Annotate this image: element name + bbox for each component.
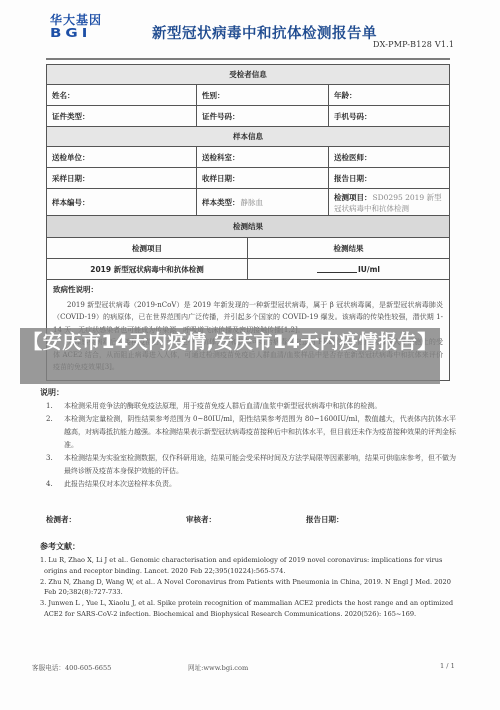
section-subject-info: 受检者信息 xyxy=(47,65,449,85)
tester-label: 检测者： xyxy=(46,514,76,525)
header-divider xyxy=(46,58,450,60)
reference-item: 3. Junwen L , Yue L, Xiaolu J, et al. Sp… xyxy=(40,598,458,620)
table-row: 送检单位： 送检科室： 送检医师： xyxy=(47,147,449,168)
field-sample-type: 样本类型：静脉血 xyxy=(197,189,329,215)
result-unit: IU/ml xyxy=(358,265,380,274)
references-title: 参考文献： xyxy=(40,541,80,552)
field-submitting-unit: 送检单位： xyxy=(47,147,197,167)
field-sample-number: 样本编号： xyxy=(47,189,197,215)
column-header-item: 检测项目 xyxy=(47,238,248,258)
note-item: 2.本检测为定量检测，阴性结果参考范围为 0~80IU/ml，阳性结果参考范围为… xyxy=(46,413,456,452)
page-number: 1 / 1 xyxy=(440,662,455,670)
result-value: IU/ml xyxy=(248,259,449,279)
note-item: 1.本检测采用竞争法的酶联免疫法原理，用于疫苗免疫人群后血清/血浆中新型冠状病毒… xyxy=(46,400,456,413)
hotline: 客服电话：400-605-6655 xyxy=(32,662,111,672)
field-id-number: 证件号码： xyxy=(197,106,329,126)
field-gender: 性别： xyxy=(197,85,329,105)
table-row: 采样日期： 收样日期： 报告日期： xyxy=(47,168,449,189)
overlay-banner: 【安庆市14天内疫情,安庆市14天内疫情报告】 xyxy=(20,328,440,384)
result-item: 2019 新型冠状病毒中和抗体检测 xyxy=(47,259,248,279)
field-received-date: 收样日期： xyxy=(197,168,329,188)
document-code: DX-PMP-B128 V1.1 xyxy=(373,40,454,49)
field-test-item: 检测项目：SD0295 2019 新型冠状病毒中和抗体检测 xyxy=(329,189,449,215)
bgi-logo: 华大基因 BGI xyxy=(50,14,110,42)
table-row: 样本编号： 样本类型：静脉血 检测项目：SD0295 2019 新型冠状病毒中和… xyxy=(47,189,449,216)
table-row: 证件类型： 证件号码： 手机号码： xyxy=(47,106,449,127)
field-age: 年龄： xyxy=(329,85,449,105)
field-id-type: 证件类型： xyxy=(47,106,197,126)
note-item: 4.此报告结果仅对本次送检样本负责。 xyxy=(46,478,456,491)
field-department: 送检科室： xyxy=(197,147,329,167)
reviewer-label: 审核者： xyxy=(186,514,216,525)
note-item: 3.本检测结果为实验室检测数据，仅作科研用途，结果可能会受采样时间及方法学局限等… xyxy=(46,452,456,478)
table-row: 姓名： 性别： 年龄： xyxy=(47,85,449,106)
field-phone: 手机号码： xyxy=(329,106,449,126)
sample-type-value: 静脉血 xyxy=(241,197,264,208)
field-collection-date: 采样日期： xyxy=(47,168,197,188)
field-report-date: 报告日期： xyxy=(329,168,449,188)
website-link[interactable]: 网址:www.bgi.com xyxy=(188,662,248,672)
document-title: 新型冠状病毒中和抗体检测报告单 xyxy=(152,22,377,43)
section-test-results: 检测结果 xyxy=(47,216,449,238)
overlay-title: 【安庆市14天内疫情,安庆市14天内疫情报告】 xyxy=(20,330,440,355)
report-page: 华大基因 BGI 新型冠状病毒中和抗体检测报告单 DX-PMP-B128 V1.… xyxy=(0,0,500,710)
result-blank xyxy=(317,265,357,273)
references-list: 1. Lu R, Zhao X, Li J et al.. Genomic ch… xyxy=(40,555,458,620)
reference-item: 1. Lu R, Zhao X, Li J et al.. Genomic ch… xyxy=(40,555,458,577)
result-header-row: 检测项目 检测结果 xyxy=(47,238,449,259)
logo-english: BGI xyxy=(50,27,110,40)
notes-list: 1.本检测采用竞争法的酶联免疫法原理，用于疫苗免疫人群后血清/血浆中新型冠状病毒… xyxy=(46,400,456,491)
result-row: 2019 新型冠状病毒中和抗体检测 IU/ml xyxy=(47,259,449,280)
report-date-label: 报告日期： xyxy=(306,514,344,525)
reference-item: 2. Zhu N, Zhang D, Wang W, et al.. A Nov… xyxy=(40,577,458,599)
field-physician: 送检医师： xyxy=(329,147,449,167)
pathogenicity-title: 致病性说明： xyxy=(53,284,443,297)
field-name: 姓名： xyxy=(47,85,197,105)
section-sample-info: 样本信息 xyxy=(47,127,449,147)
column-header-result: 检测结果 xyxy=(248,238,449,258)
notes-title: 说明： xyxy=(40,387,64,398)
